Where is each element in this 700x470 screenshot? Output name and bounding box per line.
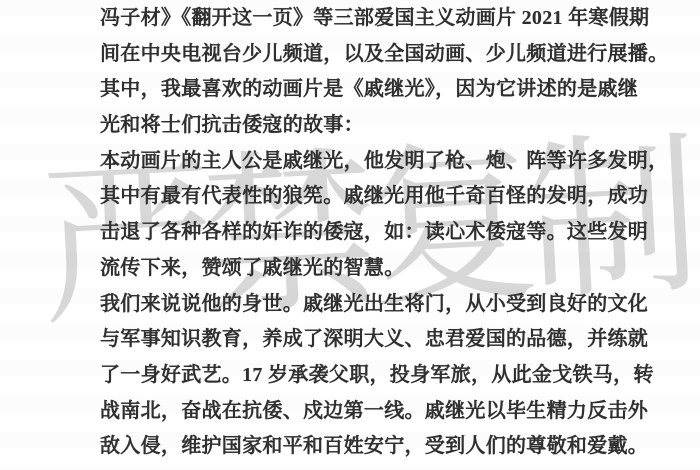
text-line: 光和将士们抗击倭寇的故事： xyxy=(100,108,700,144)
text-line: 本动画片的主人公是戚继光，他发明了枪、炮、阵等许多发明， xyxy=(100,144,700,180)
text-line: 冯子材》《翻开这一页》等三部爱国主义动画片 2021 年寒假期 xyxy=(100,1,700,37)
text-line: 与军事知识教育，养成了深明大义、忠君爱国的品德，并练就 xyxy=(100,322,700,358)
text-line: 流传下来，赞颂了戚继光的智慧。 xyxy=(100,251,700,287)
document-page: 严禁复制 冯子材》《翻开这一页》等三部爱国主义动画片 2021 年寒假期间在中央… xyxy=(0,0,700,470)
text-line: 其中，我最喜欢的动画片是《戚继光》，因为它讲述的是戚继 xyxy=(100,72,700,108)
text-line: 其中有最有代表性的狼筅。戚继光用他千奇百怪的发明，成功 xyxy=(100,179,700,215)
text-line: 战南北，奋战在抗倭、戍边第一线。戚继光以毕生精力反击外 xyxy=(100,394,700,430)
text-line: 敌入侵，维护国家和平和百姓安宁，受到人们的尊敬和爱戴。 xyxy=(100,429,700,465)
text-line: 间在中央电视台少儿频道，以及全国动画、少儿频道进行展播。 xyxy=(100,37,700,73)
text-line: 我们来说说他的身世。戚继光出生将门，从小受到良好的文化 xyxy=(100,287,700,323)
text-line: 击退了各种各样的奸诈的倭寇，如：读心术倭寇等。这些发明 xyxy=(100,215,700,251)
essay-text-body: 冯子材》《翻开这一页》等三部爱国主义动画片 2021 年寒假期间在中央电视台少儿… xyxy=(100,1,700,465)
text-line: 了一身好武艺。17 岁承袭父职，投身军旅，从此金戈铁马，转 xyxy=(100,358,700,394)
